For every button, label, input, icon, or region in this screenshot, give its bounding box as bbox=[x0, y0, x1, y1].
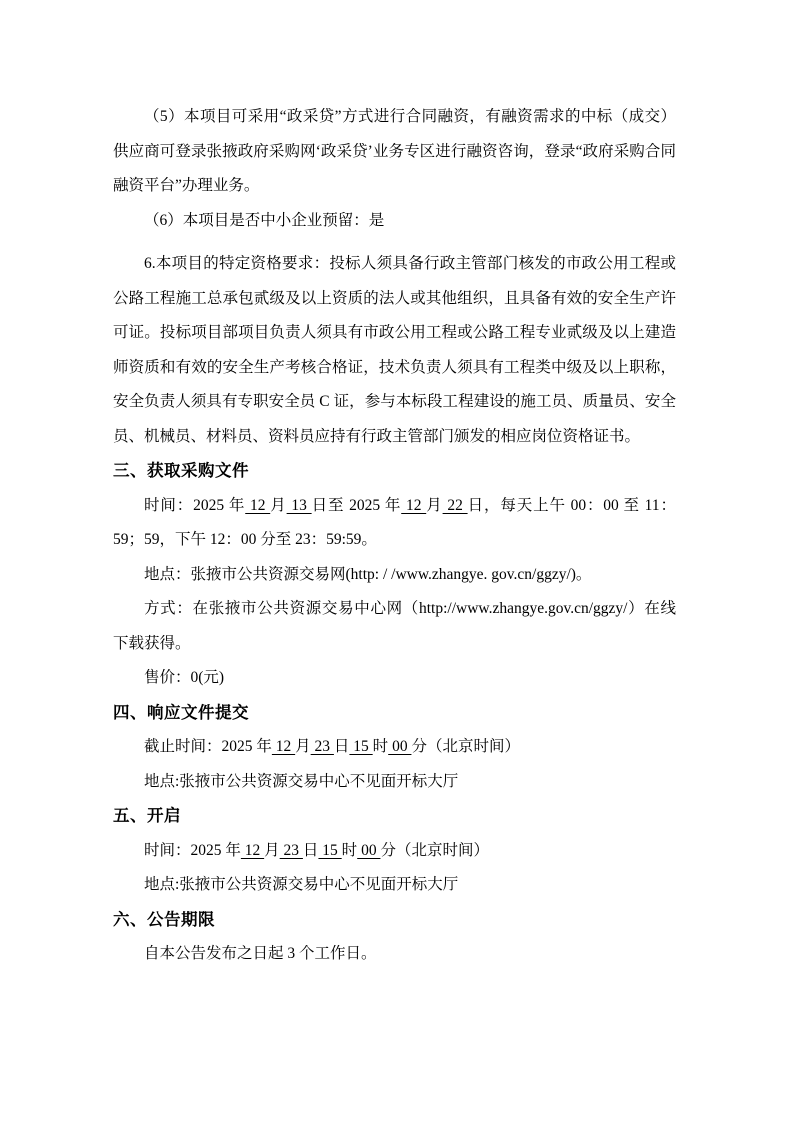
paragraph: 地点：张掖市公共资源交易网(http: / /www.zhangye. gov.… bbox=[113, 558, 676, 593]
text-segment: 三、获取采购文件 bbox=[113, 462, 249, 480]
paragraph: 时间：2025 年 12 月 23 日 15 时 00 分（北京时间） bbox=[113, 834, 676, 869]
underlined-value: 23 bbox=[280, 842, 303, 859]
section-heading: 六、公告期限 bbox=[113, 903, 676, 938]
section-heading: 四、响应文件提交 bbox=[113, 696, 676, 731]
text-segment: 6.本项目的特定资格要求：投标人须具备行政主管部门核发的市政公用工程或公路工程施… bbox=[113, 255, 676, 445]
text-segment: 月 bbox=[426, 497, 442, 514]
document-page: （5）本项目可采用“政采贷”方式进行合同融资，有融资需求的中标（成交）供应商可登… bbox=[0, 0, 793, 1122]
text-segment: 分（北京时间） bbox=[380, 842, 489, 859]
underlined-value: 00 bbox=[388, 738, 411, 755]
paragraph: 售价：0(元) bbox=[113, 661, 676, 696]
underlined-value: 12 bbox=[245, 497, 270, 514]
paragraph: 地点:张掖市公共资源交易中心不见面开标大厅 bbox=[113, 765, 676, 800]
text-segment: 时间：2025 年 bbox=[144, 842, 241, 859]
underlined-value: 15 bbox=[318, 842, 341, 859]
text-segment: 地点:张掖市公共资源交易中心不见面开标大厅 bbox=[144, 876, 458, 893]
text-segment: 截止时间：2025 年 bbox=[144, 738, 272, 755]
text-segment: （5）本项目可采用“政采贷”方式进行合同融资，有融资需求的中标（成交）供应商可登… bbox=[113, 108, 676, 194]
text-segment: 月 bbox=[270, 497, 286, 514]
underlined-value: 23 bbox=[311, 738, 334, 755]
underlined-value: 22 bbox=[443, 497, 468, 514]
text-segment: 方式：在张掖市公共资源交易中心网（http://www.zhangye.gov.… bbox=[113, 600, 676, 652]
paragraph: 时间：2025 年 12 月 13 日至 2025 年 12 月 22 日，每天… bbox=[113, 489, 676, 558]
text-segment: 地点:张掖市公共资源交易中心不见面开标大厅 bbox=[144, 773, 458, 790]
document-body: （5）本项目可采用“政采贷”方式进行合同融资，有融资需求的中标（成交）供应商可登… bbox=[113, 100, 676, 972]
text-segment: 六、公告期限 bbox=[113, 911, 215, 929]
underlined-value: 00 bbox=[357, 842, 380, 859]
text-segment: 分（北京时间） bbox=[411, 738, 520, 755]
text-segment: 日至 2025 年 bbox=[312, 497, 402, 514]
section-heading: 三、获取采购文件 bbox=[113, 454, 676, 489]
text-segment: 时间：2025 年 bbox=[144, 497, 245, 514]
underlined-value: 12 bbox=[401, 497, 426, 514]
paragraph: （5）本项目可采用“政采贷”方式进行合同融资，有融资需求的中标（成交）供应商可登… bbox=[113, 100, 676, 204]
text-segment: 月 bbox=[264, 842, 280, 859]
paragraph: 自本公告发布之日起 3 个工作日。 bbox=[113, 937, 676, 972]
text-segment: 地点：张掖市公共资源交易网(http: / /www.zhangye. gov.… bbox=[144, 566, 591, 583]
text-segment: 时 bbox=[373, 738, 389, 755]
paragraph: 方式：在张掖市公共资源交易中心网（http://www.zhangye.gov.… bbox=[113, 592, 676, 661]
paragraph: 截止时间：2025 年 12 月 23 日 15 时 00 分（北京时间） bbox=[113, 730, 676, 765]
underlined-value: 12 bbox=[241, 842, 264, 859]
text-segment: 日 bbox=[303, 842, 319, 859]
text-segment: 自本公告发布之日起 3 个工作日。 bbox=[144, 945, 377, 962]
text-segment: 日 bbox=[334, 738, 350, 755]
paragraph: （6）本项目是否中小企业预留：是 bbox=[113, 204, 676, 239]
text-segment: 月 bbox=[295, 738, 311, 755]
text-segment: （6）本项目是否中小企业预留：是 bbox=[144, 212, 384, 229]
text-segment: 时 bbox=[342, 842, 358, 859]
paragraph: 地点:张掖市公共资源交易中心不见面开标大厅 bbox=[113, 868, 676, 903]
text-segment: 五、开启 bbox=[113, 807, 181, 825]
underlined-value: 12 bbox=[272, 738, 295, 755]
section-heading: 五、开启 bbox=[113, 799, 676, 834]
underlined-value: 13 bbox=[287, 497, 312, 514]
underlined-value: 15 bbox=[349, 738, 372, 755]
paragraph: 6.本项目的特定资格要求：投标人须具备行政主管部门核发的市政公用工程或公路工程施… bbox=[113, 247, 676, 454]
text-segment: 售价：0(元) bbox=[144, 669, 224, 686]
text-segment: 四、响应文件提交 bbox=[113, 704, 249, 722]
